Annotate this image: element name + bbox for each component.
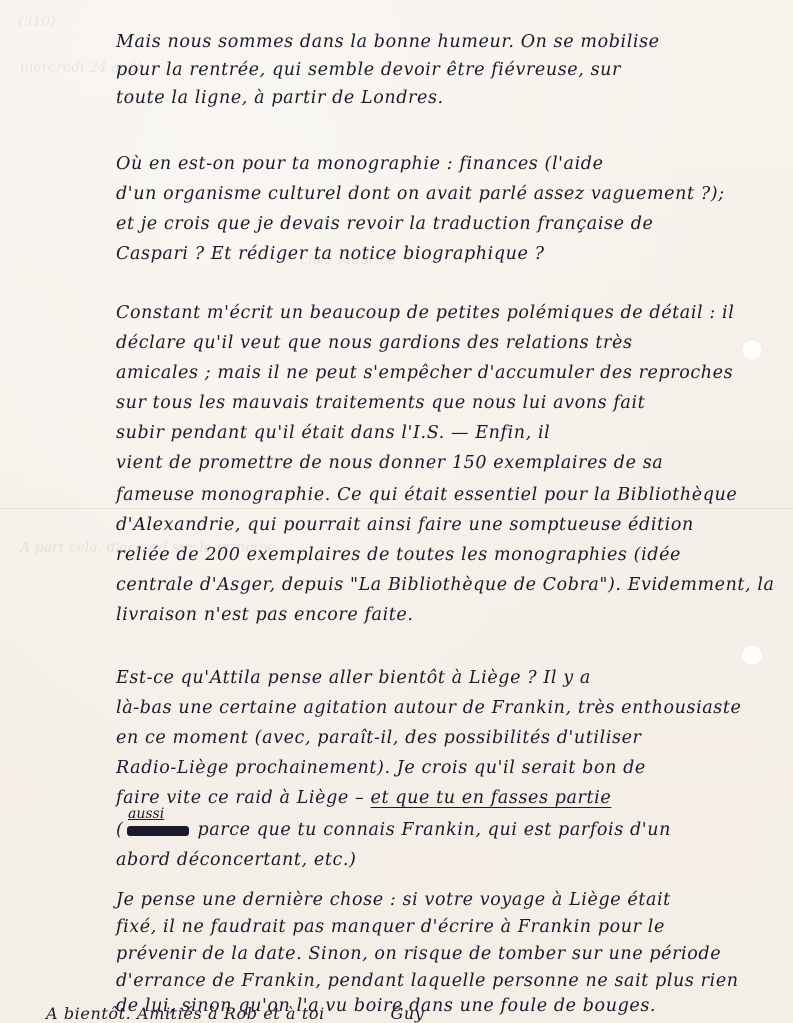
hole-punch xyxy=(741,339,763,361)
text-line: abord déconcertant, etc.) xyxy=(116,850,356,870)
text-line: Caspari ? Et rédiger ta notice biographi… xyxy=(116,244,545,264)
text-line: en ce moment (avec, paraît-il, des possi… xyxy=(116,728,642,748)
closing-line: A bientôt. Amitiés à Rob et à toi Guy xyxy=(46,1004,424,1023)
text-line: toute la ligne, à partir de Londres. xyxy=(116,88,444,108)
text-line: Je pense une dernière chose : si votre v… xyxy=(116,890,671,910)
text-line: déclare qu'il veut que nous gardions des… xyxy=(116,333,633,353)
closing-text: A bientôt. Amitiés à Rob et à toi xyxy=(46,1004,325,1023)
text-segment: faire vite ce raid à Liège xyxy=(116,788,349,808)
text-line: reliée de 200 exemplaires de toutes les … xyxy=(116,545,681,565)
hole-punch xyxy=(741,644,763,666)
text-line: Où en est-on pour ta monographie : finan… xyxy=(116,154,604,174)
paper-fold-crease xyxy=(0,508,793,509)
text-line: Constant m'écrit un beaucoup de petites … xyxy=(116,303,734,323)
text-line: pour la rentrée, qui semble devoir être … xyxy=(116,60,621,80)
text-line: faire vite ce raid à Liège – et que tu e… xyxy=(116,788,611,808)
signature: Guy xyxy=(391,1004,425,1023)
text-line: Radio-Liège prochainement). Je crois qu'… xyxy=(116,758,646,778)
text-line: Est-ce qu'Attila pense aller bientôt à L… xyxy=(116,668,591,688)
text-line: vient de promettre de nous donner 150 ex… xyxy=(116,453,663,473)
text-line: d'Alexandrie, qui pourrait ainsi faire u… xyxy=(116,515,694,535)
show-through-text: (310) xyxy=(18,14,56,30)
text-line: centrale d'Asger, depuis "La Bibliothèqu… xyxy=(116,575,775,595)
struck-out-word xyxy=(127,826,189,836)
text-line: fixé, il ne faudrait pas manquer d'écrir… xyxy=(116,917,665,937)
text-line: sur tous les mauvais traitements que nou… xyxy=(116,393,645,413)
text-line: là-bas une certaine agitation autour de … xyxy=(116,698,741,718)
text-line: fameuse monographie. Ce qui était essent… xyxy=(116,485,737,505)
text-line: livraison n'est pas encore faite. xyxy=(116,605,414,625)
text-line: Mais nous sommes dans la bonne humeur. O… xyxy=(116,32,660,52)
underlined-phrase: et que tu en fasses partie xyxy=(371,788,612,808)
text-segment: parce que tu connais Frankin, qui est pa… xyxy=(197,820,671,840)
text-line: prévenir de la date. Sinon, on risque de… xyxy=(116,944,721,964)
text-line: d'errance de Frankin, pendant laquelle p… xyxy=(116,971,739,991)
dash: – xyxy=(355,788,364,808)
open-paren: ( xyxy=(116,820,123,840)
text-line: d'un organisme culturel dont on avait pa… xyxy=(116,184,725,204)
text-line: (parce que tu connais Frankin, qui est p… xyxy=(116,820,671,840)
text-line: subir pendant qu'il était dans l'I.S. — … xyxy=(116,423,550,443)
text-line: et je crois que je devais revoir la trad… xyxy=(116,214,654,234)
text-line: amicales ; mais il ne peut s'empêcher d'… xyxy=(116,363,733,383)
